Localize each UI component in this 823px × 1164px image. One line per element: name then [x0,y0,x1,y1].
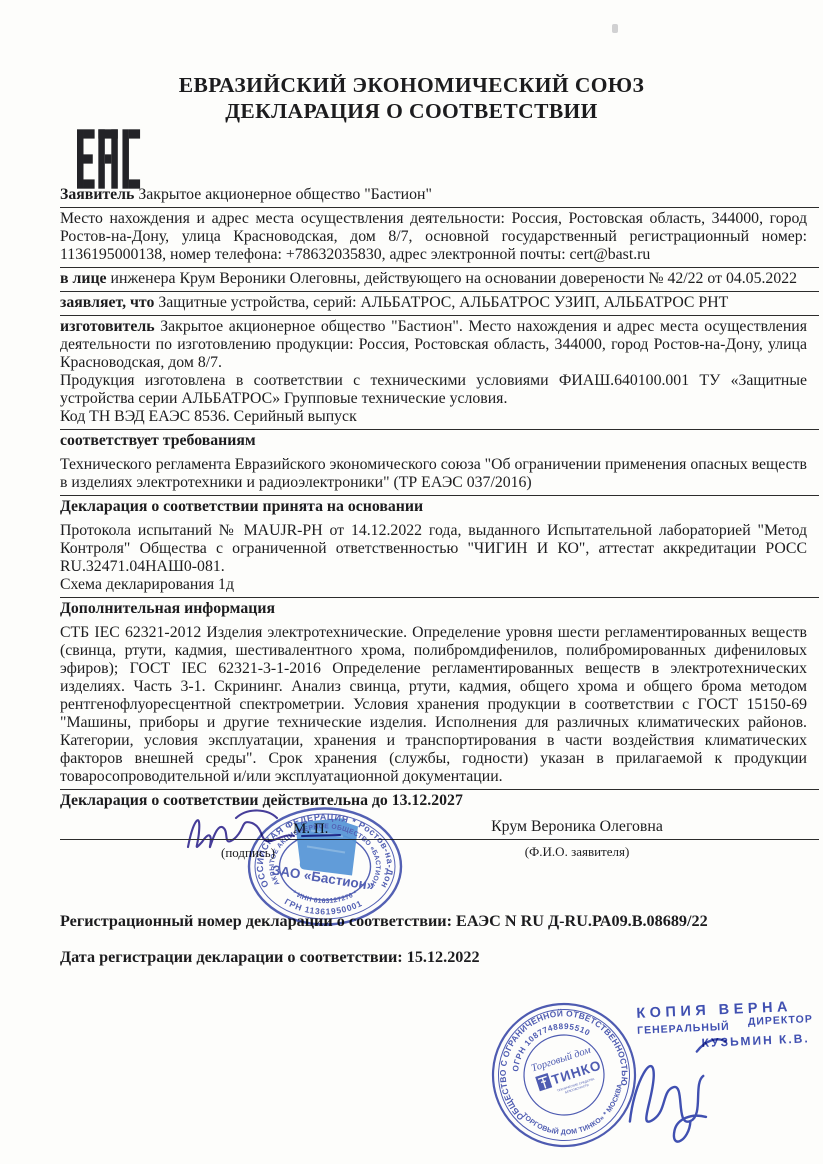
row-additional-info: Дополнительная информация СТБ IEC 62321-… [60,598,819,790]
row-valid-until: Декларация о соответствии действительна … [60,790,819,813]
applicant-address: Место нахождения и адрес места осуществл… [60,210,807,264]
row-represented-by: в лице инженера Крум Вероники Олеговны, … [60,268,819,292]
copy-director-text: ДИРЕКТОР [748,1013,814,1032]
document-title: ЕВРАЗИЙСКИЙ ЭКОНОМИЧЕСКИЙ СОЮЗ ДЕКЛАРАЦИ… [0,72,823,124]
represented-value: инженера Крум Вероники Олеговны, действу… [111,270,798,287]
declarant-caption: (Ф.И.О. заявителя) [467,843,687,861]
conforms-label: соответствует требованиям [60,432,807,450]
tnved-code: Код ТН ВЭД ЕАЭС 8536. Серийный выпуск [60,408,807,426]
additional-value: СТБ IEC 62321-2012 Изделия электротехнич… [60,624,807,786]
applicant-label: Заявитель [60,186,134,203]
additional-label: Дополнительная информация [60,600,807,618]
declarant-name: Крум Вероника Олеговна [467,818,687,836]
registration-number-line: Регистрационный номер декларации о соотв… [60,911,819,932]
declaration-document-page: ЕВРАЗИЙСКИЙ ЭКОНОМИЧЕСКИЙ СОЮЗ ДЕКЛАРАЦИ… [0,0,823,1164]
row-manufacturer: изготовитель Закрытое акционерное общест… [60,316,819,430]
row-applicant: Заявитель Закрытое акционерное общество … [60,184,819,208]
row-conforms: соответствует требованиям Технического р… [60,430,819,496]
conforms-value: Технического регламента Евразийского эко… [60,456,807,492]
scan-artifact-speck [612,24,618,33]
represented-label: в лице [60,270,107,287]
declaration-scheme: Схема декларирования 1д [60,576,807,594]
director-signature [604,1021,759,1159]
title-line-declaration: ДЕКЛАРАЦИЯ О СООТВЕТСТВИИ [0,98,823,124]
document-body: Заявитель Закрытое акционерное общество … [60,184,819,968]
basis-value: Протокола испытаний № MAUJR-PH от 14.12.… [60,522,807,576]
manufacturer-value: Закрытое акционерное общество "Бастион".… [60,318,807,371]
manufacture-note: Продукция изготовлена в соответствии с т… [60,372,807,408]
title-line-union: ЕВРАЗИЙСКИЙ ЭКОНОМИЧЕСКИЙ СОЮЗ [0,72,823,98]
signature-rule [60,839,819,840]
declares-value: Защитные устройства, серий: АЛЬБАТРОС, А… [158,294,728,311]
registration-date-line: Дата регистрации декларации о соответств… [60,947,819,968]
basis-label: Декларация о соответствии принята на осн… [60,498,807,516]
applicant-value: Закрытое акционерное общество "Бастион" [138,186,432,203]
signature-block: (подпись) М. П. Крум Вероника Олеговна (… [60,813,819,899]
row-basis: Декларация о соответствии принята на осн… [60,496,819,598]
manufacturer-label: изготовитель [60,318,155,335]
row-address: Место нахождения и адрес места осуществл… [60,208,819,268]
bastion-company-stamp: РОССИЙСКАЯ ФЕДЕРАЦИЯ * Ростов-на-Дону ОГ… [247,806,403,927]
eac-mark-icon [77,126,141,192]
row-declares: заявляет, что Защитные устройства, серий… [60,292,819,316]
valid-until: Декларация о соответствии действительна … [60,792,807,810]
declares-label: заявляет, что [60,294,154,311]
